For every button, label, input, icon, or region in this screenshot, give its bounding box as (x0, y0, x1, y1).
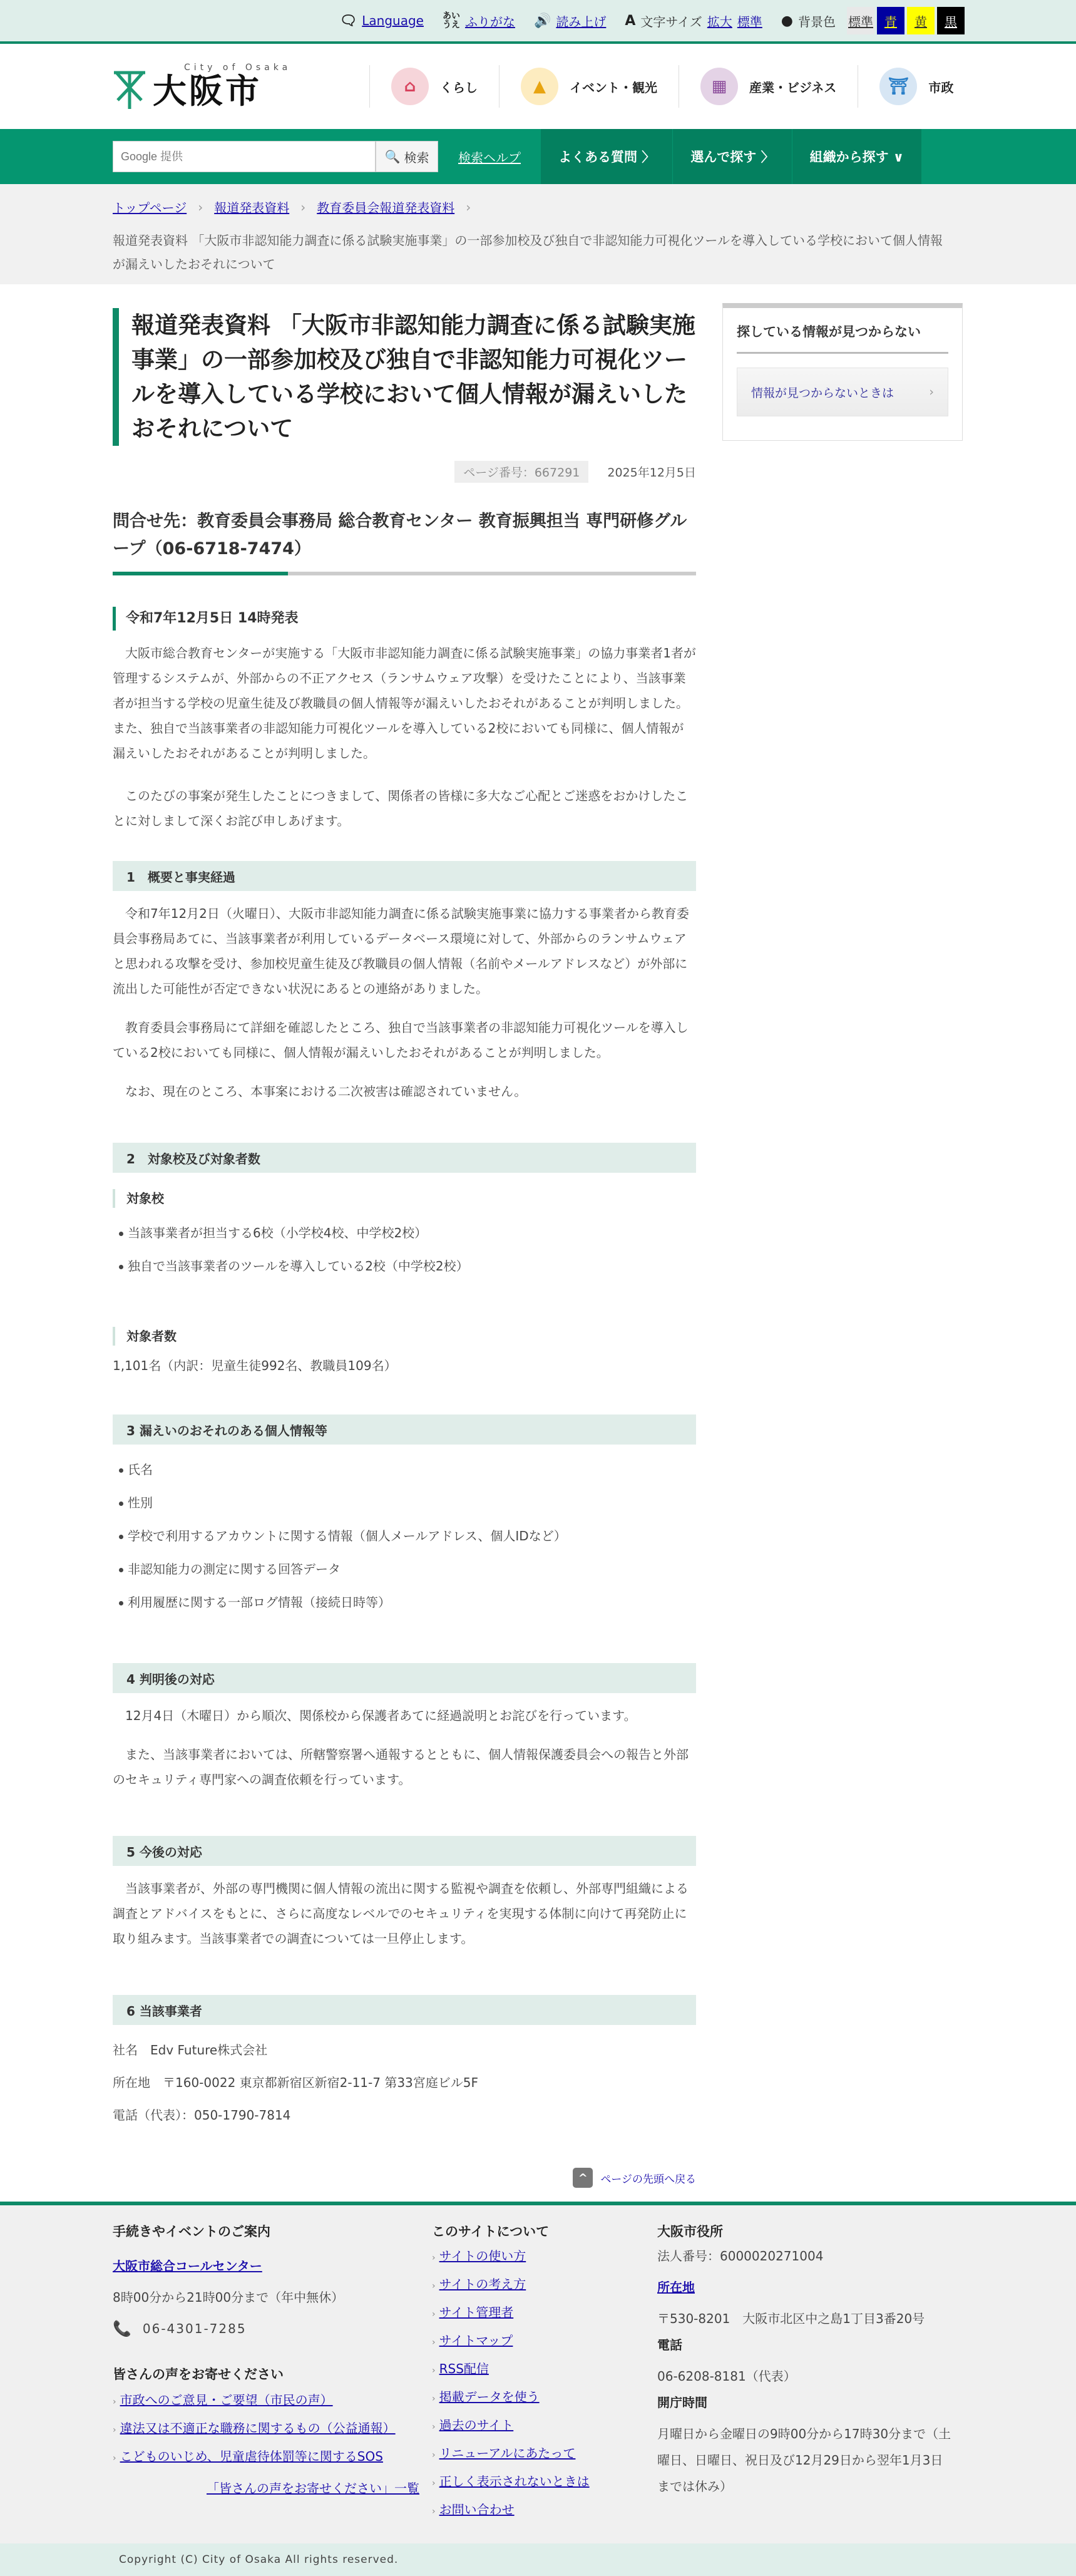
furigana-icon: あいうえ (443, 12, 460, 29)
chevron-right-icon: › (432, 2506, 436, 2517)
furigana-link[interactable]: ふりがな (465, 12, 515, 30)
count-subheading: 対象者数 (113, 1327, 696, 1346)
target-count: 1,101名（内訳：児童生徒992名、教職員109名） (113, 1349, 696, 1382)
call-center-phone: 06-4301-7285 (143, 2316, 247, 2342)
bg-yellow-button[interactable]: 黄 (907, 7, 935, 34)
chevron-up-icon: ^ (573, 2168, 593, 2188)
bg-black-button[interactable]: 黒 (937, 7, 965, 34)
section-heading-4: 4 判明後の対応 (113, 1663, 696, 1693)
sec1-paragraph: 教育委員会事務局にて詳細を確認したところ、独自で当該事業者の非認知能力可視化ツー… (113, 1015, 696, 1065)
chevron-right-icon: › (929, 385, 934, 399)
city-hall-hours: 月曜日から金曜日の9時00分から17時30分まで（土曜日、日曜日、祝日及び12月… (657, 2421, 951, 2500)
city-emblem-icon: ⛩ (879, 68, 917, 105)
sec1-paragraph: なお、現在のところ、本事案における二次被害は確認されていません。 (113, 1079, 696, 1104)
castle-icon: ▲ (521, 68, 558, 105)
sec1-paragraph: 令和7年12月2日（火曜日）、大阪市非認知能力調査に係る試験実施事業に協力する事… (113, 901, 696, 1001)
search-help-link[interactable]: 検索ヘルプ (458, 148, 521, 166)
schools-list: 当該事業者が担当する6校（小学校4校、中学校2校） 独自で当該事業者のツールを導… (113, 1217, 696, 1283)
language-link[interactable]: Language (362, 13, 424, 28)
section-heading-5: 5 今後の対応 (113, 1836, 696, 1866)
list-item: 当該事業者が担当する6校（小学校4校、中学校2校） (113, 1217, 696, 1250)
gnav-government[interactable]: ⛩市政 (858, 65, 975, 108)
back-to-top-link[interactable]: ^ ページの先頭へ戻る (113, 2168, 696, 2188)
chevron-right-icon: › (113, 2397, 116, 2407)
breadcrumb-current: 報道発表資料 「大阪市非認知能力調査に係る試験実施事業」の一部参加校及び独自で非… (113, 229, 945, 276)
sec5-paragraph: 当該事業者が、外部の専門機関に個人情報の流出に関する監視や調査を依頼し、外部専門… (113, 1876, 696, 1951)
voice-link[interactable]: こどものいじめ、児童虐待体罰等に関するSOS (120, 2449, 383, 2464)
breadcrumb-top[interactable]: トップページ (113, 198, 187, 216)
list-item: 利用履歴に関する一部ログ情報（接続日時等） (113, 1586, 696, 1619)
breadcrumb-education-press[interactable]: 教育委員会報道発表資料 (317, 198, 454, 216)
section-heading-1: 1 概要と事実経過 (113, 861, 696, 891)
footer-guide-heading: 手続きやイベントのご案内 (113, 2222, 419, 2240)
language-item[interactable]: 🗨 Language (339, 13, 424, 29)
sidebar-heading: 探している情報が見つからない (737, 322, 948, 354)
info-list: 氏名 性別 学校で利用するアカウントに関する情報（個人メールアドレス、個人IDな… (113, 1453, 696, 1619)
menu-browse[interactable]: 選んで探す 〉 (673, 129, 792, 184)
company-phone: 電話（代表）：050-1790-7814 (113, 2099, 696, 2131)
page-title: 報道発表資料 「大阪市非認知能力調査に係る試験実施事業」の一部参加校及び独自で非… (113, 308, 696, 446)
palette-icon: ● (781, 13, 793, 29)
intro-paragraph: このたびの事案が発生したことにつきまして、関係者の皆様に多大なご心配とご迷惑をお… (113, 783, 696, 833)
sidebar: 探している情報が見つからない 情報が見つからないときは › (722, 303, 963, 2202)
gnav-label: イベント・観光 (570, 78, 657, 96)
list-item: 性別 (113, 1486, 696, 1520)
gnav-business[interactable]: ▦産業・ビジネス (679, 65, 858, 108)
corp-number: 法人番号：6000020271004 (657, 2243, 958, 2269)
font-size-label: 文字サイズ (640, 12, 702, 30)
voice-link[interactable]: 違法又は不適正な職務に関するもの（公益通報） (120, 2421, 396, 2436)
menu-organization[interactable]: 組織から探す ∨ (792, 129, 922, 184)
main-area: 報道発表資料 「大阪市非認知能力調査に係る試験実施事業」の一部参加校及び独自で非… (0, 284, 1076, 2202)
about-link[interactable]: RSS配信 (439, 2361, 489, 2376)
menu-faq[interactable]: よくある質問 〉 (541, 129, 673, 184)
about-link[interactable]: 掲載データを使う (439, 2389, 540, 2404)
chevron-right-icon: › (432, 2478, 436, 2488)
section-heading-2: 2 対象校及び対象者数 (113, 1143, 696, 1173)
chevron-right-icon: › (113, 2425, 116, 2435)
call-center-link[interactable]: 大阪市総合コールセンター (113, 2259, 262, 2274)
chevron-right-icon: › (432, 2366, 436, 2376)
city-hall-heading: 大阪市役所 (657, 2222, 958, 2240)
footer-about-heading: このサイトについて (432, 2222, 657, 2240)
footer: 手続きやイベントのご案内 大阪市総合コールセンター 8時00分から21時00分ま… (0, 2202, 1076, 2576)
chevron-right-icon: › (432, 2450, 436, 2460)
chevron-right-icon: › (432, 2337, 436, 2347)
search-input[interactable] (113, 141, 376, 172)
site-logo[interactable]: City of Osaka 大阪市 (113, 63, 382, 110)
footer-city-hall: 大阪市役所 法人番号：6000020271004 所在地 〒530-8201 大… (657, 2222, 958, 2525)
page-number: ページ番号：667291 (454, 461, 588, 483)
main-menu: よくある質問 〉 選んで探す 〉 組織から探す ∨ (541, 129, 922, 184)
utility-bar: 🗨 Language あいうえ ふりがな 🔊 読み上げ A 文字サイズ 拡大 標… (0, 0, 1076, 44)
voice-link[interactable]: 市政へのご意見・ご要望（市民の声） (120, 2393, 333, 2408)
list-item: 学校で利用するアカウントに関する情報（個人メールアドレス、個人IDなど） (113, 1520, 696, 1553)
about-link[interactable]: リニューアルにあたって (439, 2446, 576, 2461)
list-item: 氏名 (113, 1453, 696, 1486)
font-standard-link[interactable]: 標準 (737, 12, 762, 30)
not-found-link[interactable]: 情報が見つからないときは › (737, 368, 948, 416)
chevron-right-icon: › (198, 200, 203, 215)
city-hall-phone: 06-6208-8181（代表） (657, 2363, 958, 2389)
footer-guide: 手続きやイベントのご案内 大阪市総合コールセンター 8時00分から21時00分ま… (113, 2222, 419, 2525)
global-nav: ⌂くらし ▲イベント・観光 ▦産業・ビジネス ⛩市政 (369, 65, 975, 108)
not-found-link-label: 情報が見つからないときは (751, 384, 894, 401)
font-enlarge-link[interactable]: 拡大 (707, 12, 732, 30)
back-to-top-label: ページの先頭へ戻る (600, 2170, 696, 2186)
chevron-right-icon: › (113, 2453, 116, 2463)
sec4-paragraph: 12月4日（木曜日）から順次、関係校から保護者あてに経過説明とお詫びを行っていま… (113, 1703, 696, 1728)
furigana-item[interactable]: あいうえ ふりがな (443, 12, 515, 30)
phone-icon: 📞 (113, 2316, 131, 2342)
search-button[interactable]: 🔍検索 (376, 141, 438, 172)
about-link[interactable]: サイトの考え方 (439, 2277, 526, 2292)
bg-standard-button[interactable]: 標準 (847, 7, 874, 34)
osaka-emblem-icon (113, 70, 146, 110)
phone-label: 電話 (657, 2332, 958, 2358)
read-aloud-item[interactable]: 🔊 読み上げ (534, 12, 606, 30)
voice-list-link[interactable]: 「皆さんの声をお寄せください」一覧 (207, 2481, 419, 2496)
sec4-paragraph: また、当該事業者においては、所轄警察署へ通報するとともに、個人情報保護委員会への… (113, 1742, 696, 1792)
call-center-hours: 8時00分から21時00分まで（年中無休） (113, 2284, 419, 2311)
breadcrumb: トップページ› 報道発表資料› 教育委員会報道発表資料› 報道発表資料 「大阪市… (0, 184, 1076, 284)
chevron-right-icon: › (432, 2394, 436, 2404)
breadcrumb-press[interactable]: 報道発表資料 (214, 198, 289, 216)
about-link[interactable]: お問い合わせ (439, 2502, 515, 2517)
voice-heading: 皆さんの声をお寄せください (113, 2364, 419, 2383)
footer-about: このサイトについて ›サイトの使い方 ›サイトの考え方 ›サイト管理者 ›サイト… (419, 2222, 657, 2525)
article: 報道発表資料 「大阪市非認知能力調査に係る試験実施事業」の一部参加校及び独自で非… (113, 303, 696, 2202)
logo-japanese: 大阪市 (153, 73, 291, 110)
schools-subheading: 対象校 (113, 1189, 696, 1208)
search-form: 🔍検索 (113, 141, 438, 172)
list-item: 独自で当該事業者のツールを導入している2校（中学校2校） (113, 1250, 696, 1283)
search-button-label: 検索 (404, 148, 429, 166)
nav-bar: 🔍検索 検索ヘルプ よくある質問 〉 選んで探す 〉 組織から探す ∨ (0, 129, 1076, 184)
about-link[interactable]: サイトの使い方 (439, 2249, 526, 2264)
company-address: 所在地 〒160-0022 東京都新宿区新宿2-11-7 第33宮庭ビル5F (113, 2066, 696, 2099)
gnav-label: くらし (440, 78, 478, 96)
about-link[interactable]: 正しく表示されないときは (439, 2474, 590, 2489)
intro-paragraph: 大阪市総合教育センターが実施する「大阪市非認知能力調査に係る試験実施事業」の協力… (113, 641, 696, 766)
site-header: City of Osaka 大阪市 ⌂くらし ▲イベント・観光 ▦産業・ビジネス… (0, 44, 1076, 129)
list-item: 非認知能力の測定に関する回答データ (113, 1553, 696, 1586)
bg-blue-button[interactable]: 青 (877, 7, 904, 34)
company-name: 社名 Edv Future株式会社 (113, 2034, 696, 2066)
city-hall-address: 〒530-8201 大阪市北区中之島1丁目3番20号 (657, 2306, 958, 2332)
about-link[interactable]: サイトマップ (439, 2333, 513, 2348)
about-link[interactable]: 過去のサイト (439, 2418, 514, 2433)
release-time: 令和7年12月5日 14時発表 (113, 607, 696, 631)
bg-color-item: ● 背景色 標準 青 黄 黒 (781, 7, 965, 34)
chevron-right-icon: › (466, 200, 471, 215)
hours-label: 開庁時間 (657, 2389, 958, 2416)
gnav-events[interactable]: ▲イベント・観光 (499, 65, 679, 108)
chevron-right-icon: › (432, 2253, 436, 2263)
house-icon: ⌂ (391, 68, 429, 105)
speaker-icon: 🔊 (534, 13, 551, 29)
gnav-label: 市政 (928, 78, 953, 96)
chevron-right-icon: › (432, 2309, 436, 2319)
font-size-icon: A (625, 13, 635, 29)
location-link[interactable]: 所在地 (657, 2280, 695, 2295)
chevron-right-icon: › (432, 2281, 436, 2291)
gnav-label: 産業・ビジネス (749, 78, 836, 96)
bg-color-label: 背景色 (798, 12, 836, 30)
read-aloud-link[interactable]: 読み上げ (556, 12, 606, 30)
section-heading-6: 6 当該事業者 (113, 1995, 696, 2025)
contact-info: 問合せ先：教育委員会事務局 総合教育センター 教育振興担当 専門研修グループ（0… (113, 508, 696, 575)
about-link[interactable]: サイト管理者 (439, 2305, 514, 2320)
chevron-right-icon: › (300, 200, 305, 215)
search-icon: 🔍 (385, 149, 401, 165)
section-heading-3: 3 漏えいのおそれのある個人情報等 (113, 1414, 696, 1445)
publish-date: 2025年12月5日 (607, 463, 696, 480)
not-found-box: 探している情報が見つからない 情報が見つからないときは › (722, 303, 963, 441)
gnav-kurashi[interactable]: ⌂くらし (369, 65, 499, 108)
font-size-item: A 文字サイズ 拡大 標準 (625, 12, 762, 30)
copyright: Copyright (C) City of Osaka All rights r… (0, 2543, 1076, 2576)
chevron-right-icon: › (432, 2422, 436, 2432)
translate-icon: 🗨 (339, 13, 357, 29)
building-icon: ▦ (700, 68, 738, 105)
